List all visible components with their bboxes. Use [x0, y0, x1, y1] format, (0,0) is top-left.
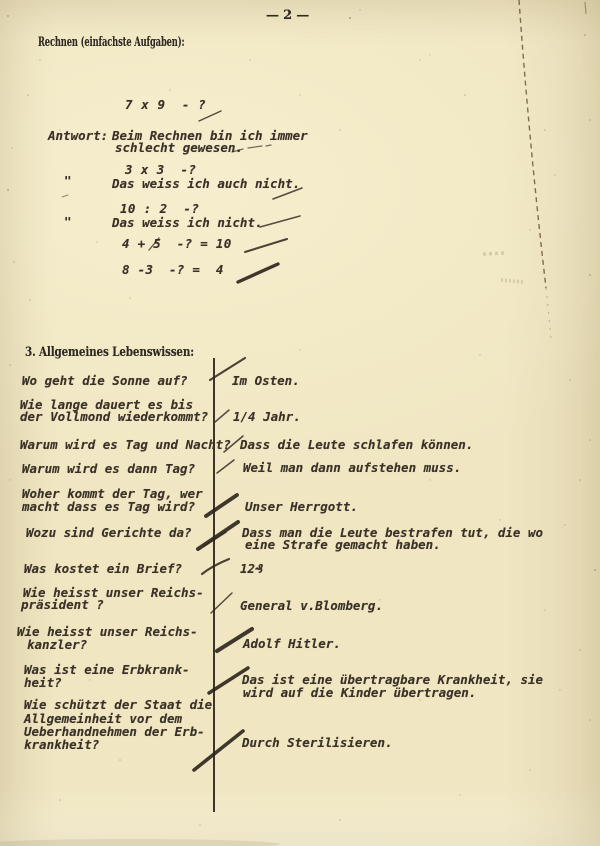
pencil-check-mark [260, 216, 300, 227]
pencil-check-mark [199, 111, 221, 121]
faint-stains [483, 253, 523, 282]
bottom-edge-smudge [0, 839, 280, 846]
qa-answer-line: Im Osten. [232, 374, 300, 387]
qa-question-line: Warum wird es dann Tag? [22, 462, 195, 475]
pencil-check-mark [238, 264, 278, 282]
ditto-mark: " [64, 215, 72, 228]
crease-line [519, 0, 546, 288]
scanned-document-page: — 2 — Rechnen (einfachste Aufgaben): 3. … [0, 0, 600, 846]
stain-mark [483, 253, 505, 254]
pencil-check-mark [204, 532, 226, 546]
qa-answer-line: Weil man dann aufstehen muss. [243, 461, 461, 474]
stain-mark [501, 280, 523, 282]
pencil-check-mark [206, 495, 237, 516]
qa-answer-line: wird auf die Kinder übertragen. [243, 686, 476, 699]
ditto-mark: " [64, 174, 72, 187]
arithmetic-problem: 8 -3 -? = 4 [122, 263, 224, 276]
section-heading-rechnen: Rechnen (einfachste Aufgaben): [38, 36, 184, 50]
qa-question-line: Wozu sind Gerichte da? [26, 526, 192, 539]
arithmetic-problem: 7 x 9 - ? [125, 98, 206, 111]
small-dash-mark [62, 195, 68, 197]
pencil-check-mark [215, 410, 229, 422]
qa-answer-line: Unser Herrgott. [245, 500, 358, 513]
qa-question-line: krankheit? [24, 738, 99, 751]
qa-question-line: Wie schützt der Staat die [24, 698, 212, 711]
qa-question-line: präsident ? [21, 598, 104, 611]
arithmetic-problem: 3 x 3 -? [125, 163, 196, 176]
paper-crease [519, 0, 586, 340]
arithmetic-problem: 10 : 2 -? [120, 202, 199, 215]
answer-label: Antwort: [48, 129, 108, 142]
qa-question-line: Was kostet ein Brief? [24, 562, 182, 575]
qa-question-line: macht dass es Tag wird? [22, 500, 195, 513]
table-divider-line [213, 358, 215, 812]
edge-tick [585, 2, 586, 14]
qa-answer-line: Durch Sterilisieren. [242, 736, 393, 749]
pencil-check-mark [198, 522, 238, 549]
qa-question-line: kanzler? [27, 638, 87, 651]
section-heading-lebenswissen: 3. Allgemeines Lebenswissen: [25, 346, 194, 360]
qa-question-line: heit? [24, 676, 62, 689]
pencil-check-mark [202, 559, 229, 574]
qa-answer-line: General v.Blomberg. [240, 599, 383, 612]
qa-answer-line: Adolf Hitler. [243, 637, 341, 650]
qa-question-line: der Vollmond wiederkommt? [20, 410, 208, 423]
arithmetic-answer-line: schlecht gewesen. [115, 141, 243, 154]
page-number: — 2 — [266, 9, 309, 23]
arithmetic-answer-line: Das weiss ich auch nicht. [112, 177, 300, 190]
pencil-check-mark [217, 460, 234, 473]
qa-answer-line: 12₰ [240, 562, 263, 575]
crease-line-faint [546, 288, 551, 340]
pencil-check-mark [245, 239, 287, 252]
qa-answer-line: Dass die Leute schlafen können. [240, 438, 473, 451]
qa-question-line: Warum wird es Tag und Nacht? [20, 438, 231, 451]
qa-answer-line: 1/4 Jahr. [233, 410, 301, 423]
qa-answer-line: eine Strafe gemacht haben. [245, 538, 441, 551]
arithmetic-answer-line: Das weiss ich nicht. [112, 216, 263, 229]
qa-question-line: Wo geht die Sonne auf? [22, 374, 188, 387]
arithmetic-problem: 4 + 5 -? = 10 [122, 237, 232, 250]
